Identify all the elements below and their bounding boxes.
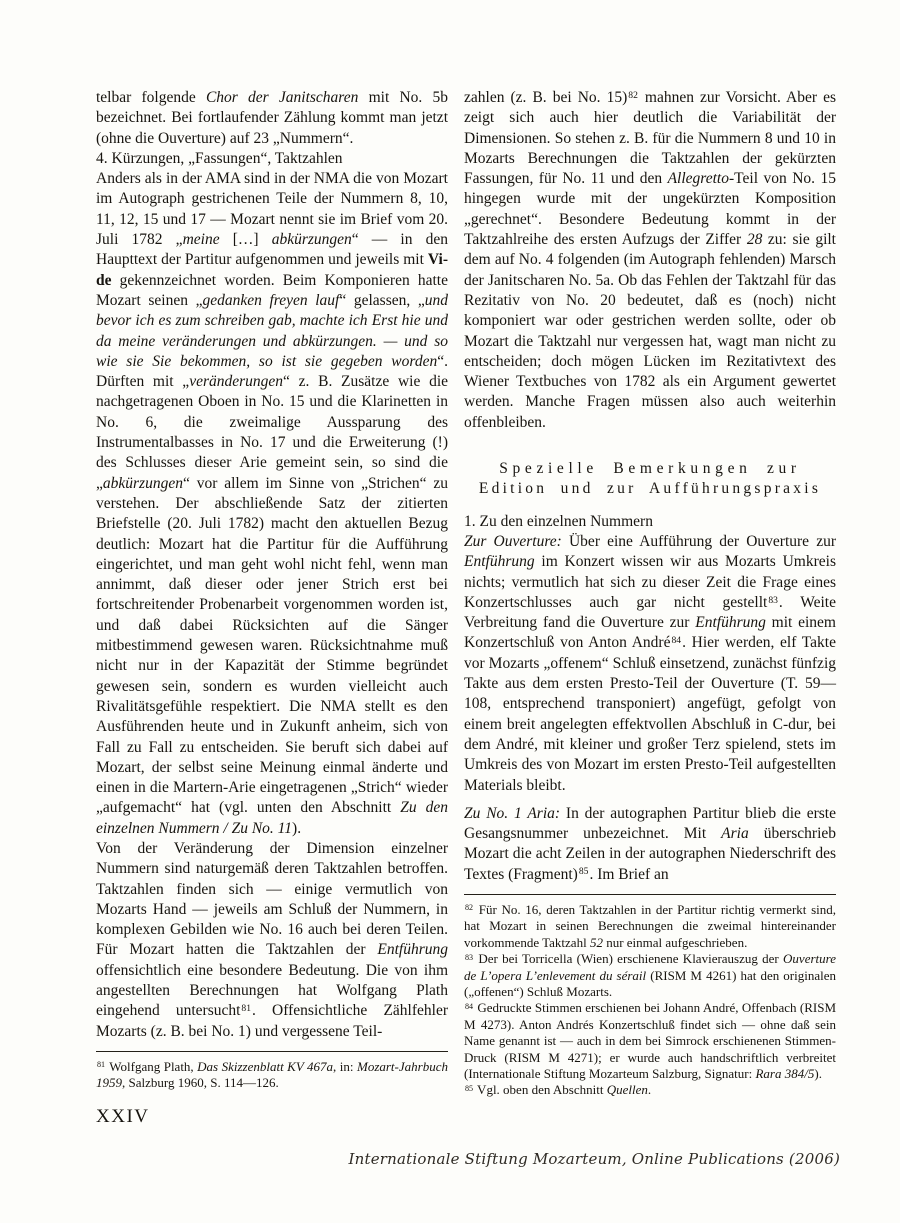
footnote-84: 84 Gedruckte Stimmen erschienen bei Joha…: [464, 1000, 836, 1082]
footnote-82: 82 Für No. 16, deren Taktzahlen in der P…: [464, 902, 836, 951]
page-number: XXIV: [96, 1106, 150, 1128]
footnote-divider: [464, 894, 836, 895]
subheading-nummern: 1. Zu den einzelnen Nummern: [464, 512, 836, 532]
right-footnotes: 82 Für No. 16, deren Taktzahlen in der P…: [464, 894, 836, 1099]
paragraph-taktzahlen: zahlen (z. B. bei No. 15)82 mahnen zur V…: [464, 88, 836, 433]
left-footnotes: 81 Wolfgang Plath, Das Skizzenblatt KV 4…: [96, 1051, 448, 1092]
right-column: zahlen (z. B. bei No. 15)82 mahnen zur V…: [464, 88, 836, 1099]
paragraph-aria: Zu No. 1 Aria: In der autographen Partit…: [464, 804, 836, 885]
paragraph-dimension: Von der Veränderung der Dimension einzel…: [96, 839, 448, 1042]
footnote-83: 83 Der bei Torricella (Wien) erschienene…: [464, 951, 836, 1000]
section-4-heading: 4. Kürzungen, „Fassungen“, Taktzahlen: [96, 149, 448, 169]
document-page: telbar folgende Chor der Janitscharen mi…: [0, 0, 900, 1223]
footnote-divider: [96, 1051, 448, 1052]
special-remarks-heading: Spezielle Bemerkungen zur Edition und zu…: [464, 459, 836, 500]
left-column: telbar folgende Chor der Janitscharen mi…: [96, 88, 448, 1092]
heading-line-2: Edition und zur Aufführungspraxis: [464, 479, 836, 499]
paragraph-ouverture: Zur Ouverture: Über eine Aufführung der …: [464, 532, 836, 796]
footnote-81: 81 Wolfgang Plath, Das Skizzenblatt KV 4…: [96, 1059, 448, 1092]
heading-line-1: Spezielle Bemerkungen zur: [464, 459, 836, 479]
footnote-85: 85 Vgl. oben den Abschnitt Quellen.: [464, 1082, 836, 1098]
paragraph-continuation: telbar folgende Chor der Janitscharen mi…: [96, 88, 448, 149]
footer-credit: Internationale Stiftung Mozarteum, Onlin…: [349, 1150, 840, 1168]
paragraph-kuerzungen: Anders als in der AMA sind in der NMA di…: [96, 169, 448, 839]
